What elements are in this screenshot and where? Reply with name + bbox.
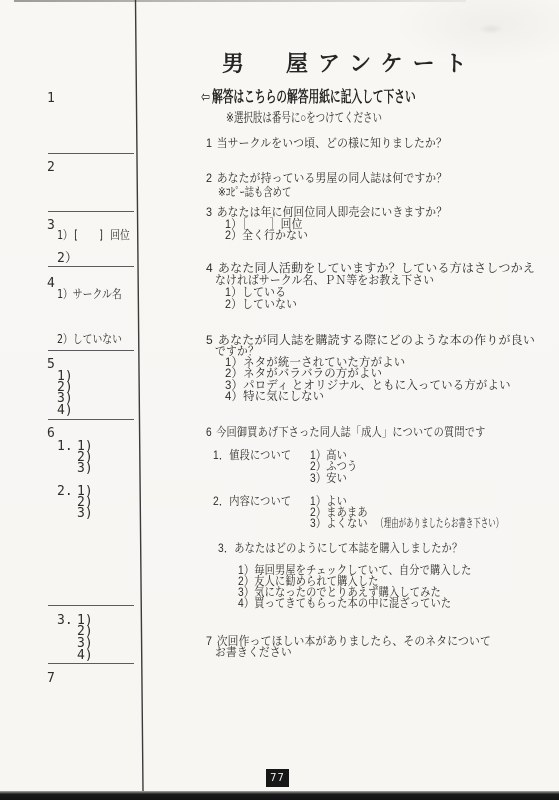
q5-text-line1: あなたが同人誌を購読する際にどのような本の作りが良い	[218, 333, 535, 347]
answer-col-q6-number: 6	[47, 427, 55, 440]
q6-sub2-option-3-note: （理由がありましたらお書き下さい）	[376, 517, 503, 529]
answer-q4-option-1: 1）サークル名	[57, 288, 122, 300]
question-2: 2あなたが持っている男屋の同人誌は何ですか？	[206, 172, 447, 184]
q2-text: あなたが持っている男屋の同人誌は何ですか？	[217, 171, 448, 185]
q6-text: 今回御買あげ下さった同人誌「成人」についての質問です	[216, 425, 485, 439]
instruction-line: ⇦解答はこちらの解答用紙に記入して下さい	[201, 90, 416, 106]
scanned-questionnaire-page: 1 2 3 1）[ ] 回位 2） 4 1）サークル名 2）していない 5 1)…	[0, 0, 559, 800]
left-arrow-icon: ⇦	[201, 90, 210, 106]
answer-q3-option-1: 1）[ ] 回位	[57, 229, 130, 241]
answer-q6-option: 3)	[77, 507, 93, 520]
q6-sub2-label: 2．内容について	[213, 495, 291, 507]
q3-number: 3	[206, 206, 212, 218]
q5-number: 5	[206, 334, 213, 346]
question-1: 1当サークルをいつ頃、どの様に知りましたか？	[206, 137, 447, 149]
q1-text: 当サークルをいつ頃、どの様に知りましたか？	[217, 136, 447, 150]
answer-q4-option-2: 2）していない	[57, 333, 122, 345]
answer-q5-option: 4)	[57, 404, 73, 417]
answer-col-q3-number: 3	[47, 219, 55, 232]
page-number-badge: 77	[266, 769, 289, 787]
answer-divider	[48, 350, 134, 351]
answer-col-q1-number: 1	[47, 92, 55, 105]
q2-note: ※ｺﾋﾟｰ誌も含めて	[218, 186, 291, 198]
scan-bottom-edge	[0, 791, 559, 800]
answer-divider	[48, 605, 134, 606]
q6-sub2-option-3: 3）よくない（理由がありましたらお書き下さい）	[310, 517, 552, 529]
answer-q6-group3-label: 3.	[57, 614, 73, 627]
q4-option-2: 2）していない	[225, 298, 297, 310]
q6-sub3-label: 3．あなたはどのようにして本誌を購入しましたか？	[218, 542, 462, 554]
answer-divider	[48, 266, 134, 267]
answer-q3-option-2: 2）	[57, 252, 78, 265]
q4-number: 4	[206, 262, 213, 274]
q3-option-2: 2）全く行かない	[225, 229, 308, 241]
answer-divider	[48, 663, 134, 664]
page-number: 77	[270, 772, 285, 784]
scan-top-edge	[14, 0, 466, 2]
answer-col-q4-number: 4	[47, 277, 55, 290]
answer-q6-option: 4)	[77, 649, 93, 662]
page-title: 男 屋アンケート	[222, 53, 477, 75]
question-6: 6今回御買あげ下さった同人誌「成人」についての質問です	[206, 426, 486, 438]
q5-option-4: 4）特に気にしない	[225, 390, 324, 402]
q7-number: 7	[206, 635, 212, 647]
q6-number: 6	[206, 426, 212, 438]
q6-sub1-option-3: 3）安い	[310, 472, 347, 484]
scan-artifact	[478, 24, 504, 34]
q6-sub1-label: 1．値段について	[213, 449, 291, 461]
answer-q6-group1-label: 1.	[57, 440, 73, 453]
answer-col-q2-number: 2	[47, 161, 55, 174]
q7-text-line2: お書きください	[215, 646, 292, 658]
instruction-text: 解答はこちらの解答用紙に記入して下さい	[212, 89, 416, 106]
q6-sub3-option-4: 4）買ってきてもらった本の中に混ざっていた	[238, 597, 451, 609]
answer-q6-option: 3)	[77, 462, 93, 475]
answer-divider	[48, 211, 134, 212]
answer-divider	[48, 153, 134, 154]
answer-col-q5-number: 5	[47, 358, 55, 371]
instruction-note: ※選択肢は番号に○をつけてください	[226, 111, 382, 124]
q1-number: 1	[206, 137, 212, 149]
q6-sub2-option-3-text: 3）よくない	[310, 516, 368, 530]
answer-q6-group2-label: 2.	[57, 485, 73, 498]
answer-divider	[48, 419, 134, 420]
answer-col-q7-number: 7	[47, 672, 55, 685]
q2-number: 2	[206, 172, 212, 184]
